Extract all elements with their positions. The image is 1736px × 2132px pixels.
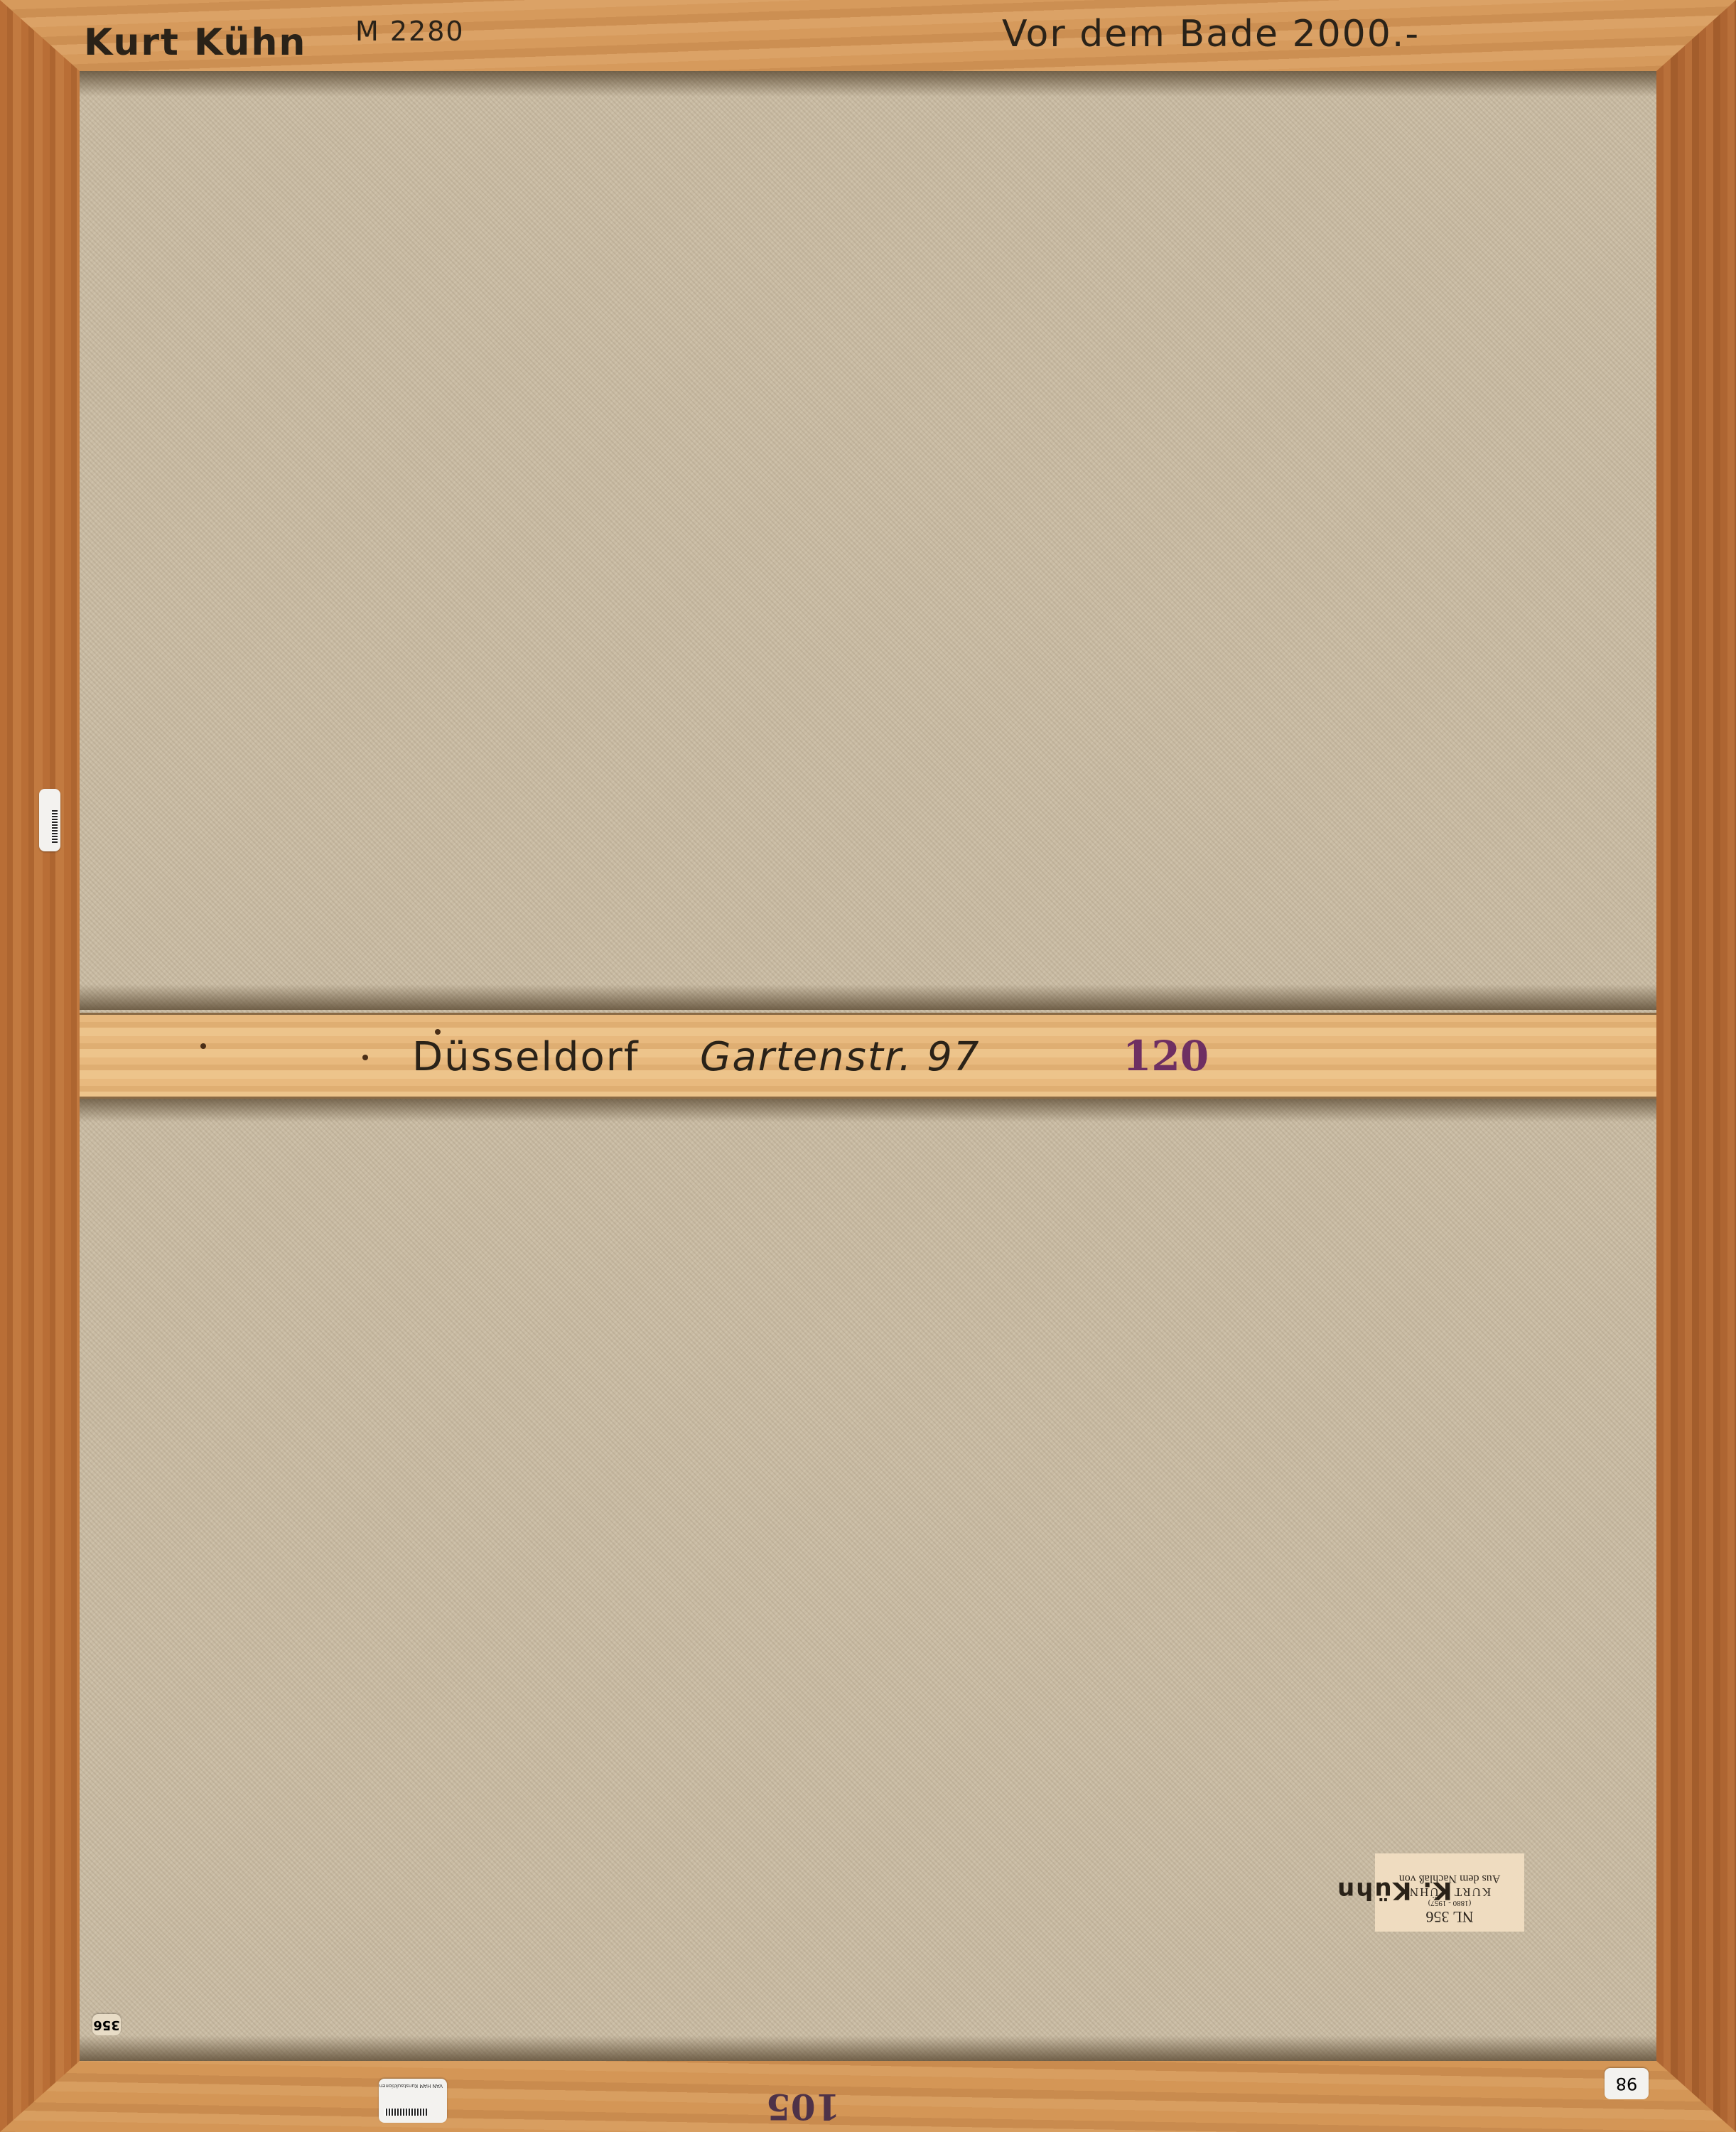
crossbar-shadow-bottom xyxy=(80,1097,1656,1122)
inventory-label-left: 356 xyxy=(92,2014,121,2035)
crossbar-shadow-top xyxy=(80,984,1656,1010)
left-stretcher-bar xyxy=(0,0,80,2132)
city-inscription: Düsseldorf xyxy=(412,1034,640,1080)
top-shadow xyxy=(80,71,1656,97)
artist-name-inscription: Kurt Kühn xyxy=(84,21,306,64)
barcode-icon xyxy=(52,810,58,843)
estate-signature: K. Kühn xyxy=(1336,1876,1452,1905)
bottom-shadow xyxy=(80,2035,1656,2061)
barcode-icon xyxy=(384,2109,427,2116)
inventory-number-inscription: M 2280 xyxy=(355,16,465,47)
wood-knot xyxy=(362,1055,368,1060)
title-price-inscription: Vor dem Bade 2000.- xyxy=(1002,13,1420,55)
inventory-label-right: 98 xyxy=(1605,2068,1649,2099)
bottom-stretcher-bar xyxy=(0,2061,1736,2132)
street-inscription: Gartenstr. 97 xyxy=(700,1034,981,1080)
right-stretcher-bar xyxy=(1656,0,1736,2132)
auction-house-text: VAN HAM Kunstauktionen xyxy=(379,2083,443,2089)
crossbar-number-stamp: 120 xyxy=(1123,1032,1209,1080)
estate-number: NL 356 xyxy=(1375,1907,1524,1926)
barcode-label-bottom: VAN HAM Kunstauktionen xyxy=(379,2079,447,2123)
wood-knot xyxy=(200,1043,206,1049)
barcode-label-left xyxy=(39,789,60,851)
bottom-number-stamp: 105 xyxy=(766,2086,840,2128)
